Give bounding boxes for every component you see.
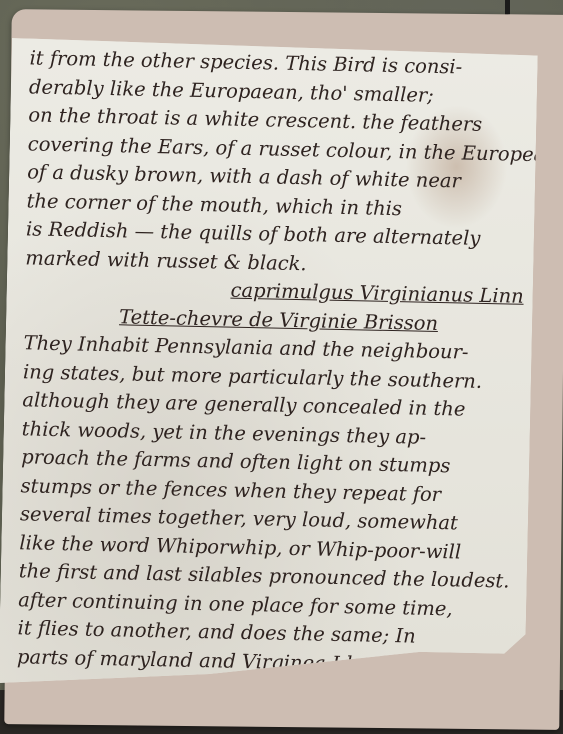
manuscript-text: it from the other species. This Bird is … (16, 44, 535, 710)
manuscript-page: it from the other species. This Bird is … (0, 38, 538, 714)
